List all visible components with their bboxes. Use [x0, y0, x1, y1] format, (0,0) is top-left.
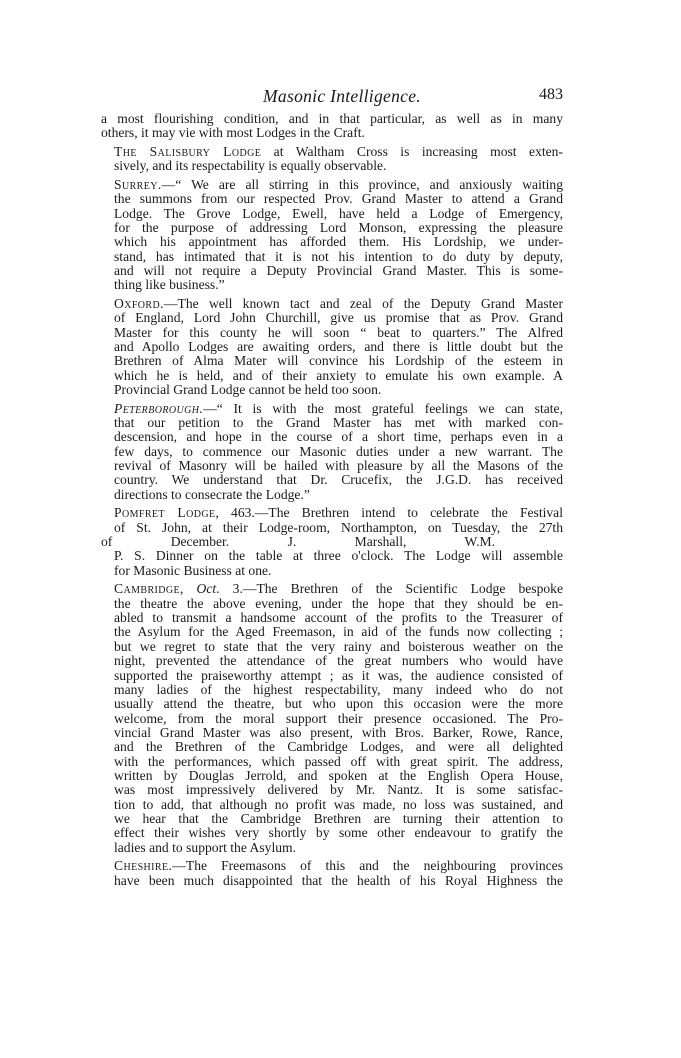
- paragraph-pomfret: Pomfret Lodge, 463.—The Brethren intend …: [101, 506, 563, 549]
- text-line: revival of Masonry will be hailed with p…: [101, 459, 563, 473]
- body-text: a most flourishing condition, and in tha…: [101, 112, 563, 888]
- text-line: the summons from our respected Prov. Gra…: [101, 192, 563, 206]
- text-line: descension, and hope in the course of a …: [101, 430, 563, 444]
- lodge-name: Pomfret Lodge: [114, 505, 216, 520]
- paragraph-oxford: Oxford.—The well known tact and zeal of …: [101, 297, 563, 397]
- book-page: Masonic Intelligence. 483 a most flouris…: [101, 86, 563, 892]
- text-line: have been much disappointed that the hea…: [101, 874, 563, 888]
- text-line: Peterborough.—“ It is with the most grat…: [101, 402, 563, 416]
- province-name: Cheshire.: [114, 858, 172, 873]
- text-line: and the Brethren of the Cambridge Lodges…: [101, 740, 563, 754]
- text-line: Master for this county he will soon “ be…: [101, 326, 563, 340]
- text-line: welcome, from the moral support their pr…: [101, 712, 563, 726]
- province-name: Cambridge: [114, 581, 180, 596]
- text-line: others, it may vie with most Lodges in t…: [101, 126, 563, 140]
- text-line: was most impressively delivered by Mr. N…: [101, 783, 563, 797]
- text-line: but we regret to state that the very rai…: [101, 640, 563, 654]
- text-line: for the purpose of addressing Lord Monso…: [101, 221, 563, 235]
- page-number: 483: [539, 86, 563, 104]
- text-line: which his appointment has afforded them.…: [101, 235, 563, 249]
- text-line: Surrey.—“ We are all stirring in this pr…: [101, 178, 563, 192]
- paragraph-salisbury: The Salisbury Lodge at Waltham Cross is …: [101, 145, 563, 174]
- text-line: many ladies of the highest respectabilit…: [101, 683, 563, 697]
- text-line: the Asylum for the Aged Freemason, in ai…: [101, 625, 563, 639]
- running-title: Masonic Intelligence.: [101, 86, 563, 107]
- text-line: few days, to commence our Masonic duties…: [101, 445, 563, 459]
- text-line: Cambridge, Oct. 3.—The Brethren of the S…: [101, 582, 563, 596]
- signature: J. Marshall, W.M.: [288, 534, 563, 549]
- text-line: Brethren of Alma Mater will convince his…: [101, 354, 563, 368]
- paragraph-cheshire: Cheshire.—The Freemasons of this and the…: [101, 859, 563, 888]
- date: Oct: [197, 581, 217, 596]
- text-line: and will not require a Deputy Provincial…: [101, 264, 563, 278]
- text-line: abled to transmit a handsome account of …: [101, 611, 563, 625]
- paragraph-cambridge: Cambridge, Oct. 3.—The Brethren of the S…: [101, 582, 563, 855]
- text-line: tion to add, that although no profit was…: [101, 798, 563, 812]
- text-line: the theatre the above evening, under the…: [101, 597, 563, 611]
- text-line: written by Douglas Jerrold, and spoken a…: [101, 769, 563, 783]
- text-line: and Apollo Lodges are awaiting orders, a…: [101, 340, 563, 354]
- text-line: thing like business.”: [101, 278, 563, 292]
- paragraph-surrey: Surrey.—“ We are all stirring in this pr…: [101, 178, 563, 293]
- text-line: which he is held, and of their anxiety t…: [101, 369, 563, 383]
- running-head: Masonic Intelligence. 483: [101, 86, 563, 112]
- text-line: we hear that the Cambridge Brethren are …: [101, 812, 563, 826]
- text-line: Provincial Grand Lodge cannot be held to…: [101, 383, 563, 397]
- text-line: Oxford.—The well known tact and zeal of …: [101, 297, 563, 311]
- text-line: supported the praiseworthy attempt ; as …: [101, 669, 563, 683]
- text-line: for Masonic Business at one.: [101, 564, 563, 578]
- text-line: effect their wishes very shortly by some…: [101, 826, 563, 840]
- text-line: of England, Lord John Churchill, give us…: [101, 311, 563, 325]
- text-line: ladies and to support the Asylum.: [101, 841, 563, 855]
- text-line: Lodge. The Grove Lodge, Ewell, have held…: [101, 207, 563, 221]
- province-name: Surrey.: [114, 177, 162, 192]
- province-name: Peterborough.: [114, 401, 203, 416]
- text-line: a most flourishing condition, and in tha…: [101, 112, 563, 126]
- text-line: with the performances, which passed off …: [101, 755, 563, 769]
- text-line: directions to consecrate the Lodge.”: [101, 488, 563, 502]
- text-line: The Salisbury Lodge at Waltham Cross is …: [101, 145, 563, 159]
- text-line: stand, has intimated that it is not his …: [101, 250, 563, 264]
- text-line: Cheshire.—The Freemasons of this and the…: [101, 859, 563, 873]
- paragraph-peterborough: Peterborough.—“ It is with the most grat…: [101, 402, 563, 502]
- text-line: night, prevented the attendance of the g…: [101, 654, 563, 668]
- text-line: P. S. Dinner on the table at three o'clo…: [101, 549, 563, 563]
- text-line: country. We understand that Dr. Crucefix…: [101, 473, 563, 487]
- text-line: sively, and its respectability is equall…: [101, 159, 563, 173]
- lodge-name: The Salisbury Lodge: [114, 144, 261, 159]
- text-line: Pomfret Lodge, 463.—The Brethren intend …: [101, 506, 563, 520]
- text-line: vincial Grand Master was also present, w…: [101, 726, 563, 740]
- paragraph-postscript: P. S. Dinner on the table at three o'clo…: [101, 549, 563, 578]
- closing-text: of December.: [101, 534, 229, 549]
- text-line: usually attend the theatre, but who upon…: [101, 697, 563, 711]
- text-line: of St. John, at their Lodge-room, Northa…: [101, 521, 563, 535]
- text-line: that our petition to the Grand Master ha…: [101, 416, 563, 430]
- text-line: of December. J. Marshall, W.M.: [101, 535, 563, 549]
- province-name: Oxford.: [114, 296, 164, 311]
- paragraph-continuation: a most flourishing condition, and in tha…: [101, 112, 563, 141]
